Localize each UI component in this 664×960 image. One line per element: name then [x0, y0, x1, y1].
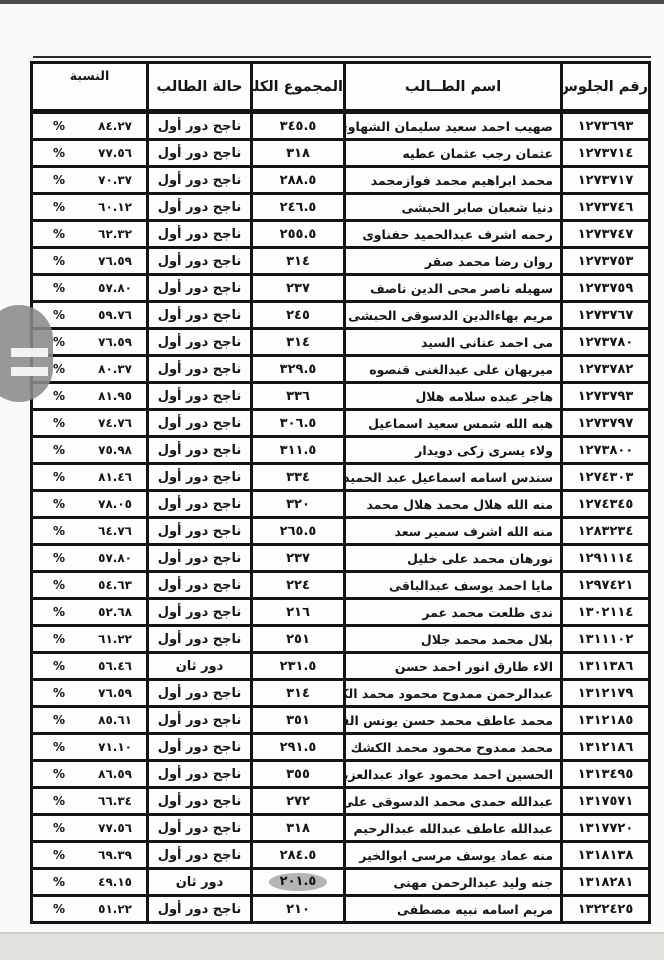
percent-sign: % — [53, 524, 66, 538]
percent-sign: % — [53, 686, 66, 700]
seat-number-cell: ١٢٧٣٧٨٢ — [562, 356, 650, 383]
header-row: رقم الجلوس اسم الطــالب المجموع الكلى حا… — [32, 63, 650, 112]
seat-number-cell: ١٢٧٣٧١٤ — [562, 140, 650, 167]
total-score-cell: ٢٢٤ — [252, 572, 345, 599]
percent-sign: % — [53, 551, 66, 565]
percentage-cell: %٤٩.١٥ — [32, 869, 148, 896]
drag-handle-bar — [11, 348, 48, 357]
percentage-value: ٧٧.٥٦ — [98, 146, 132, 160]
total-score-cell: ٢٥٥.٥ — [252, 221, 345, 248]
student-status-cell: ناجح دور أول — [148, 680, 252, 707]
total-score-cell: ٣١٤ — [252, 248, 345, 275]
table-row: ١٢٧٤٣٠٣سندس اسامه اسماعيل عبد الحميد الب… — [32, 464, 650, 491]
table-row: ١٢٧٣٧٨٠مى احمد عنانى السيد٣١٤ناجح دور أو… — [32, 329, 650, 356]
seat-number-cell: ١٢٧٤٣٤٥ — [562, 491, 650, 518]
table-row: ١٣١١١٠٢بلال محمد محمد جلال٢٥١ناجح دور أو… — [32, 626, 650, 653]
percentage-value: ٨٥.٦١ — [98, 713, 132, 727]
percentage-cell: %٦٤.٧٦ — [32, 518, 148, 545]
percentage-cell: %٦٢.٣٢ — [32, 221, 148, 248]
seat-number-cell: ١٣٢٢٤٢٥ — [562, 896, 650, 923]
seat-number-cell: ١٢٧٣٧٥٣ — [562, 248, 650, 275]
percentage-cell: %٦٠.١٢ — [32, 194, 148, 221]
student-status-cell: ناجح دور أول — [148, 275, 252, 302]
percentage-value: ٦٤.٧٦ — [98, 524, 132, 538]
percentage-cell: %٧٦.٥٩ — [32, 248, 148, 275]
table-row: ١٢٧٣٧٤٦دنيا شعبان صابر الحبشى٢٤٦.٥ناجح د… — [32, 194, 650, 221]
student-name-cell: ميريهان على عبدالغنى قنصوه — [345, 356, 562, 383]
student-name-cell: سندس اسامه اسماعيل عبد الحميد البرجى — [345, 464, 562, 491]
percentage-value: ٨١.٤٦ — [98, 470, 132, 484]
percent-sign: % — [53, 281, 66, 295]
percent-sign: % — [53, 713, 66, 727]
student-status-cell: ناجح دور أول — [148, 221, 252, 248]
header-total-score: المجموع الكلى — [252, 63, 345, 112]
total-score-cell: ٢٤٦.٥ — [252, 194, 345, 221]
percentage-cell: %٥٧.٨٠ — [32, 275, 148, 302]
percent-sign: % — [53, 902, 66, 916]
total-score-cell: ٢٧٢ — [252, 788, 345, 815]
total-score-cell: ٣١١.٥ — [252, 437, 345, 464]
seat-number-cell: ١٢٧٣٧٦٧ — [562, 302, 650, 329]
table-row: ١٣١٨٢٨١جنه وليد عبدالرحمن مهنى٢٠١.٥دور ث… — [32, 869, 650, 896]
student-status-cell: ناجح دور أول — [148, 491, 252, 518]
table-row: ١٢٧٣٧٩٣هاجر عبده سلامه هلال٣٣٦ناجح دور أ… — [32, 383, 650, 410]
seat-number-cell: ١٣١٧٧٢٠ — [562, 815, 650, 842]
percentage-cell: %٥١.٢٢ — [32, 896, 148, 923]
drag-handle-icon[interactable] — [0, 305, 53, 402]
total-score-cell: ٢٩١.٥ — [252, 734, 345, 761]
percentage-cell: %٨٤.٢٧ — [32, 112, 148, 140]
table-row: ١٣١٧٧٢٠عبدالله عاطف عبدالله عبدالرحيم٣١٨… — [32, 815, 650, 842]
table-row: ١٢٧٣٧٩٧هبه الله شمس سعيد اسماعيل٣٠٦.٥ناج… — [32, 410, 650, 437]
student-name-cell: سهيله ناصر محى الدين ناصف — [345, 275, 562, 302]
total-score-cell: ٣١٨ — [252, 140, 345, 167]
student-name-cell: الاء طارق انور احمد حسن — [345, 653, 562, 680]
student-status-cell: ناجح دور أول — [148, 410, 252, 437]
percentage-cell: %٧٦.٥٩ — [32, 680, 148, 707]
student-name-cell: دنيا شعبان صابر الحبشى — [345, 194, 562, 221]
total-score-cell: ٢٠١.٥ — [252, 869, 345, 896]
percent-sign: % — [53, 416, 66, 430]
student-status-cell: دور ثان — [148, 869, 252, 896]
student-status-cell: ناجح دور أول — [148, 707, 252, 734]
percentage-cell: %٥٢.٦٨ — [32, 599, 148, 626]
total-score-cell: ٣٥٥ — [252, 761, 345, 788]
table-row: ١٢٧٣٦٩٣صهيب احمد سعيد سليمان الشهاوى٣٤٥.… — [32, 112, 650, 140]
table-row: ١٣١٢١٨٦محمد ممدوح محمود محمد الكشك٢٩١.٥ن… — [32, 734, 650, 761]
table-row: ١٣١٧٥٧١عبدالله حمدى محمد الدسوقى على مغي… — [32, 788, 650, 815]
results-body: ١٢٧٣٦٩٣صهيب احمد سعيد سليمان الشهاوى٣٤٥.… — [32, 112, 650, 923]
percentage-value: ٧٤.٧٦ — [98, 416, 132, 430]
percentage-value: ٦٠.١٢ — [98, 200, 132, 214]
table-row: ١٢٩٧٤٢١مايا احمد يوسف عبدالباقى٢٢٤ناجح د… — [32, 572, 650, 599]
student-status-cell: ناجح دور أول — [148, 302, 252, 329]
student-status-cell: ناجح دور أول — [148, 464, 252, 491]
table-row: ١٢٧٣٨٠٠ولاء يسرى زكى دويدار٣١١.٥ناجح دور… — [32, 437, 650, 464]
percentage-cell: %٨١.٤٦ — [32, 464, 148, 491]
percentage-value: ٦١.٢٢ — [98, 632, 132, 646]
student-status-cell: ناجح دور أول — [148, 545, 252, 572]
percentage-cell: %٧٨.٠٥ — [32, 491, 148, 518]
results-table-container: رقم الجلوس اسم الطــالب المجموع الكلى حا… — [33, 61, 651, 924]
drag-handle-bar — [11, 367, 48, 376]
student-name-cell: نورهان محمد على خليل — [345, 545, 562, 572]
student-status-cell: ناجح دور أول — [148, 356, 252, 383]
student-name-cell: عبدالله عاطف عبدالله عبدالرحيم — [345, 815, 562, 842]
percentage-cell: %٧٤.٧٦ — [32, 410, 148, 437]
percent-sign: % — [53, 308, 66, 322]
percentage-value: ٧٥.٩٨ — [98, 443, 132, 457]
table-row: ١٢٩١١١٤نورهان محمد على خليل٢٣٧ناجح دور أ… — [32, 545, 650, 572]
total-score-cell: ٢٨٨.٥ — [252, 167, 345, 194]
percent-sign: % — [53, 389, 66, 403]
total-score-cell: ٢٦٥.٥ — [252, 518, 345, 545]
student-name-cell: محمد ابراهيم محمد فوازمحمد — [345, 167, 562, 194]
seat-number-cell: ١٢٧٣٨٠٠ — [562, 437, 650, 464]
seat-number-cell: ١٣١٨١٣٨ — [562, 842, 650, 869]
percentage-value: ٧٦.٥٩ — [98, 254, 132, 268]
percentage-value: ٦٢.٣٢ — [98, 227, 132, 241]
percentage-value: ٨٦.٥٩ — [98, 767, 132, 781]
table-row: ١٣١١٣٨٦الاء طارق انور احمد حسن٢٣١.٥دور ث… — [32, 653, 650, 680]
table-row: ١٢٧٣٧٨٢ميريهان على عبدالغنى قنصوه٣٢٩.٥نا… — [32, 356, 650, 383]
percentage-cell: %٥٦.٤٦ — [32, 653, 148, 680]
student-name-cell: مريم اسامه نبيه مصطفى — [345, 896, 562, 923]
photo-top-edge — [0, 0, 664, 4]
seat-number-cell: ١٢٧٣٧٤٦ — [562, 194, 650, 221]
total-score-cell: ٢٣١.٥ — [252, 653, 345, 680]
student-name-cell: منه عماد يوسف مرسى ابوالخير — [345, 842, 562, 869]
total-score-cell: ٣١٤ — [252, 329, 345, 356]
total-score-cell: ٢١٠ — [252, 896, 345, 923]
student-status-cell: ناجح دور أول — [148, 599, 252, 626]
table-header: رقم الجلوس اسم الطــالب المجموع الكلى حا… — [32, 63, 650, 112]
student-name-cell: رحمه اشرف عبدالحميد حفناوى — [345, 221, 562, 248]
percentage-cell: %٧٠.٣٧ — [32, 167, 148, 194]
percentage-value: ٧٧.٥٦ — [98, 821, 132, 835]
percent-sign: % — [53, 632, 66, 646]
percent-sign: % — [53, 794, 66, 808]
seat-number-cell: ١٢٧٣٦٩٣ — [562, 112, 650, 140]
table-row: ١٢٨٣٢٣٤منه الله اشرف سمير سعد٢٦٥.٥ناجح د… — [32, 518, 650, 545]
percentage-cell: %٥٤.٦٣ — [32, 572, 148, 599]
percentage-value: ٥٢.٦٨ — [98, 605, 132, 619]
percent-sign: % — [53, 227, 66, 241]
table-row: ١٢٧٤٣٤٥منه الله هلال محمد هلال محمد٣٢٠نا… — [32, 491, 650, 518]
percentage-value: ٨١.٩٥ — [98, 389, 132, 403]
results-table: رقم الجلوس اسم الطــالب المجموع الكلى حا… — [30, 61, 651, 924]
total-score-cell: ٣٠٦.٥ — [252, 410, 345, 437]
percentage-cell: %٦٦.٣٤ — [32, 788, 148, 815]
percent-sign: % — [53, 767, 66, 781]
percentage-value: ٨٠.٣٧ — [98, 362, 132, 376]
header-percentage: النسبة — [32, 63, 148, 112]
seat-number-cell: ١٣١٢١٨٥ — [562, 707, 650, 734]
percentage-cell: %٨١.٩٥ — [32, 383, 148, 410]
circled-score-highlight: ٢٠١.٥ — [269, 873, 328, 891]
percentage-value: ٨٤.٢٧ — [98, 119, 132, 133]
percentage-value: ٥٤.٦٣ — [98, 578, 132, 592]
percentage-value: ٦٩.٣٩ — [98, 848, 132, 862]
table-row: ١٢٧٣٧١٧محمد ابراهيم محمد فوازمحمد٢٨٨.٥نا… — [32, 167, 650, 194]
percentage-cell: %٧٧.٥٦ — [32, 815, 148, 842]
seat-number-cell: ١٢٧٣٧٩٣ — [562, 383, 650, 410]
percentage-cell: %٨٥.٦١ — [32, 707, 148, 734]
total-score-cell: ٣١٤ — [252, 680, 345, 707]
student-name-cell: ندى طلعت محمد عمر — [345, 599, 562, 626]
table-row: ١٣١٢١٨٥محمد عاطف محمد حسن يونس القطان٣٥١… — [32, 707, 650, 734]
student-name-cell: الحسين احمد محمود عواد عبدالعزيز — [345, 761, 562, 788]
student-name-cell: عبدالرحمن ممدوح محمود محمد الكشك — [345, 680, 562, 707]
percentage-value: ٥٧.٨٠ — [98, 281, 132, 295]
student-name-cell: عبدالله حمدى محمد الدسوقى على مغيث — [345, 788, 562, 815]
percent-sign: % — [53, 335, 66, 349]
total-score-cell: ٣٣٦ — [252, 383, 345, 410]
student-name-cell: مريم بهاءالدين الدسوقى الحبشى — [345, 302, 562, 329]
seat-number-cell: ١٣١٧٥٧١ — [562, 788, 650, 815]
seat-number-cell: ١٣١١١٠٢ — [562, 626, 650, 653]
percentage-value: ٧٠.٣٧ — [98, 173, 132, 187]
percentage-cell: %٥٧.٨٠ — [32, 545, 148, 572]
table-row: ١٣٠٢١١٤ندى طلعت محمد عمر٢١٦ناجح دور أول%… — [32, 599, 650, 626]
seat-number-cell: ١٢٧٣٧٩٧ — [562, 410, 650, 437]
percentage-cell: %٦١.٢٢ — [32, 626, 148, 653]
student-status-cell: ناجح دور أول — [148, 437, 252, 464]
table-row: ١٢٧٣٧١٤عثمان رجب عثمان عطيه٣١٨ناجح دور أ… — [32, 140, 650, 167]
student-status-cell: ناجح دور أول — [148, 140, 252, 167]
percentage-value: ٥٩.٧٦ — [98, 308, 132, 322]
percent-sign: % — [53, 497, 66, 511]
header-student-status: حالة الطالب — [148, 63, 252, 112]
student-name-cell: صهيب احمد سعيد سليمان الشهاوى — [345, 112, 562, 140]
percent-sign: % — [53, 362, 66, 376]
seat-number-cell: ١٢٧٣٧٥٩ — [562, 275, 650, 302]
seat-number-cell: ١٣١٢١٨٦ — [562, 734, 650, 761]
seat-number-cell: ١٢٧٣٧٨٠ — [562, 329, 650, 356]
student-status-cell: ناجح دور أول — [148, 112, 252, 140]
table-row: ١٢٧٣٧٤٧رحمه اشرف عبدالحميد حفناوى٢٥٥.٥نا… — [32, 221, 650, 248]
student-status-cell: ناجح دور أول — [148, 518, 252, 545]
percent-sign: % — [53, 740, 66, 754]
student-status-cell: ناجح دور أول — [148, 842, 252, 869]
percentage-value: ٥٦.٤٦ — [98, 659, 132, 673]
seat-number-cell: ١٢٩١١١٤ — [562, 545, 650, 572]
table-row: ١٢٧٣٧٥٣روان رضا محمد صقر٣١٤ناجح دور أول%… — [32, 248, 650, 275]
table-row: ١٣٢٢٤٢٥مريم اسامه نبيه مصطفى٢١٠ناجح دور … — [32, 896, 650, 923]
student-name-cell: محمد ممدوح محمود محمد الكشك — [345, 734, 562, 761]
percent-sign: % — [53, 875, 66, 889]
percentage-value: ٦٦.٣٤ — [98, 794, 132, 808]
table-row: ١٢٧٣٧٥٩سهيله ناصر محى الدين ناصف٢٣٧ناجح … — [32, 275, 650, 302]
seat-number-cell: ١٢٧٣٧١٧ — [562, 167, 650, 194]
table-row: ١٣١٢١٧٩عبدالرحمن ممدوح محمود محمد الكشك٣… — [32, 680, 650, 707]
seat-number-cell: ١٢٩٧٤٢١ — [562, 572, 650, 599]
student-status-cell: دور ثان — [148, 653, 252, 680]
total-score-cell: ٣١٨ — [252, 815, 345, 842]
percentage-value: ٧١.١٠ — [98, 740, 132, 754]
total-score-cell: ٣٤٥.٥ — [252, 112, 345, 140]
student-status-cell: ناجح دور أول — [148, 734, 252, 761]
percent-sign: % — [53, 578, 66, 592]
student-name-cell: منه الله هلال محمد هلال محمد — [345, 491, 562, 518]
student-name-cell: هبه الله شمس سعيد اسماعيل — [345, 410, 562, 437]
percent-sign: % — [53, 821, 66, 835]
percent-sign: % — [53, 173, 66, 187]
seat-number-cell: ١٣١٣٤٩٥ — [562, 761, 650, 788]
student-status-cell: ناجح دور أول — [148, 572, 252, 599]
total-score-cell: ٢٣٧ — [252, 275, 345, 302]
percentage-value: ٥٧.٨٠ — [98, 551, 132, 565]
table-row: ١٢٧٣٧٦٧مريم بهاءالدين الدسوقى الحبشى٢٤٥ن… — [32, 302, 650, 329]
total-score-cell: ٣٣٤ — [252, 464, 345, 491]
student-status-cell: ناجح دور أول — [148, 626, 252, 653]
student-name-cell: مى احمد عنانى السيد — [345, 329, 562, 356]
total-score-cell: ٣٢٠ — [252, 491, 345, 518]
student-status-cell: ناجح دور أول — [148, 761, 252, 788]
total-score-cell: ٢٣٧ — [252, 545, 345, 572]
student-name-cell: ولاء يسرى زكى دويدار — [345, 437, 562, 464]
table-top-rule — [33, 56, 651, 58]
percent-sign: % — [53, 605, 66, 619]
percentage-cell: %٧٧.٥٦ — [32, 140, 148, 167]
student-status-cell: ناجح دور أول — [148, 248, 252, 275]
total-score-cell: ٣٢٩.٥ — [252, 356, 345, 383]
total-score-cell: ٢٥١ — [252, 626, 345, 653]
table-row: ١٣١٨١٣٨منه عماد يوسف مرسى ابوالخير٢٨٤.٥ن… — [32, 842, 650, 869]
seat-number-cell: ١٢٧٣٧٤٧ — [562, 221, 650, 248]
seat-number-cell: ١٢٨٣٢٣٤ — [562, 518, 650, 545]
percent-sign: % — [53, 146, 66, 160]
header-seat-number: رقم الجلوس — [562, 63, 650, 112]
seat-number-cell: ١٣١٨٢٨١ — [562, 869, 650, 896]
total-score-cell: ٢٨٤.٥ — [252, 842, 345, 869]
percent-sign: % — [53, 848, 66, 862]
header-student-name: اسم الطــالب — [345, 63, 562, 112]
student-status-cell: ناجح دور أول — [148, 167, 252, 194]
percentage-cell: %٧٥.٩٨ — [32, 437, 148, 464]
table-row: ١٣١٣٤٩٥الحسين احمد محمود عواد عبدالعزيز٣… — [32, 761, 650, 788]
percentage-value: ٧٦.٥٩ — [98, 335, 132, 349]
student-status-cell: ناجح دور أول — [148, 815, 252, 842]
percent-sign: % — [53, 443, 66, 457]
percentage-value: ٤٩.١٥ — [98, 875, 132, 889]
student-status-cell: ناجح دور أول — [148, 788, 252, 815]
student-name-cell: منه الله اشرف سمير سعد — [345, 518, 562, 545]
percentage-cell: %٦٩.٣٩ — [32, 842, 148, 869]
student-name-cell: روان رضا محمد صقر — [345, 248, 562, 275]
percentage-value: ٧٦.٥٩ — [98, 686, 132, 700]
student-name-cell: بلال محمد محمد جلال — [345, 626, 562, 653]
seat-number-cell: ١٣١١٣٨٦ — [562, 653, 650, 680]
percentage-cell: %٨٦.٥٩ — [32, 761, 148, 788]
student-name-cell: محمد عاطف محمد حسن يونس القطان — [345, 707, 562, 734]
percent-sign: % — [53, 200, 66, 214]
student-status-cell: ناجح دور أول — [148, 194, 252, 221]
percent-sign: % — [53, 254, 66, 268]
percentage-value: ٧٨.٠٥ — [98, 497, 132, 511]
percent-sign: % — [53, 470, 66, 484]
student-name-cell: جنه وليد عبدالرحمن مهنى — [345, 869, 562, 896]
student-name-cell: هاجر عبده سلامه هلال — [345, 383, 562, 410]
seat-number-cell: ١٣٠٢١١٤ — [562, 599, 650, 626]
student-name-cell: مايا احمد يوسف عبدالباقى — [345, 572, 562, 599]
seat-number-cell: ١٢٧٤٣٠٣ — [562, 464, 650, 491]
percent-sign: % — [53, 659, 66, 673]
total-score-cell: ٢١٦ — [252, 599, 345, 626]
student-status-cell: ناجح دور أول — [148, 329, 252, 356]
percentage-value: ٥١.٢٢ — [98, 902, 132, 916]
student-status-cell: ناجح دور أول — [148, 896, 252, 923]
percent-sign: % — [53, 119, 66, 133]
percentage-cell: %٧١.١٠ — [32, 734, 148, 761]
student-status-cell: ناجح دور أول — [148, 383, 252, 410]
student-name-cell: عثمان رجب عثمان عطيه — [345, 140, 562, 167]
total-score-cell: ٣٥١ — [252, 707, 345, 734]
seat-number-cell: ١٣١٢١٧٩ — [562, 680, 650, 707]
total-score-cell: ٢٤٥ — [252, 302, 345, 329]
photo-bottom-edge — [0, 932, 664, 960]
